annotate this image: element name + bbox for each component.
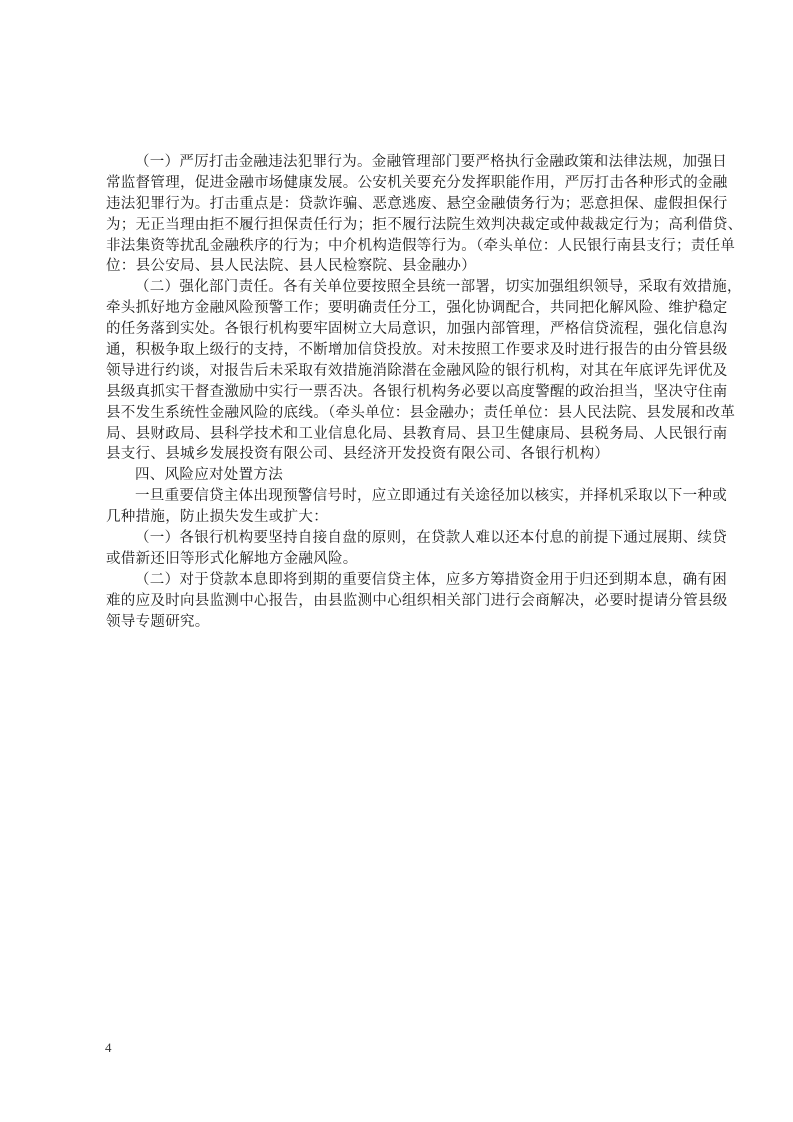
text-line: 为；无正当理由拒不履行担保责任行为；拒不履行法院生效判决裁定或仲裁裁定行为；高利… [106, 215, 696, 236]
text-line: 位：县公安局、县人民法院、县人民检察院、县金融办） [106, 256, 696, 277]
text-line: 难的应及时向县监测中心报告，由县监测中心组织相关部门进行会商解决，必要时提请分管… [106, 591, 696, 612]
text-line: 局、县财政局、县科学技术和工业信息化局、县教育局、县卫生健康局、县税务局、人民银… [106, 424, 696, 445]
text-line: 县不发生系统性金融风险的底线。（牵头单位：县金融办；责任单位：县人民法院、县发展… [106, 403, 696, 424]
text-line: 通，积极争取上级行的支持，不断增加信贷投放。对未按照工作要求及时进行报告的由分管… [106, 340, 696, 361]
text-line: 或借新还旧等形式化解地方金融风险。 [106, 549, 696, 570]
text-line: （一）严厉打击金融违法犯罪行为。金融管理部门要严格执行金融政策和法律法规，加强日 [106, 152, 696, 173]
text-line: 一旦重要信贷主体出现预警信号时，应立即通过有关途径加以核实，并择机采取以下一种或 [106, 486, 696, 507]
text-line: 违法犯罪行为。打击重点是：贷款诈骗、恶意逃废、悬空金融债务行为；恶意担保、虚假担… [106, 194, 696, 215]
text-line: 领导专题研究。 [106, 612, 696, 633]
text-line: （二）强化部门责任。各有关单位要按照全县统一部署，切实加强组织领导，采取有效措施… [106, 277, 696, 298]
text-line: （一）各银行机构要坚持自接自盘的原则，在贷款人难以还本付息的前提下通过展期、续贷 [106, 528, 696, 549]
section-heading: 四、风险应对处置方法 [106, 465, 696, 486]
text-line: 县支行、县城乡发展投资有限公司、县经济开发投资有限公司、各银行机构） [106, 444, 696, 465]
text-line: 的任务落到实处。各银行机构要牢固树立大局意识，加强内部管理，严格信贷流程，强化信… [106, 319, 696, 340]
text-line: 非法集资等扰乱金融秩序的行为；中介机构造假等行为。（牵头单位：人民银行南县支行；… [106, 236, 696, 257]
page-number: 4 [105, 1040, 112, 1056]
text-line: （二）对于贷款本息即将到期的重要信贷主体，应多方筹措资金用于归还到期本息，确有困 [106, 570, 696, 591]
text-line: 常监督管理，促进金融市场健康发展。公安机关要充分发挥职能作用，严厉打击各种形式的… [106, 173, 696, 194]
document-page: （一）严厉打击金融违法犯罪行为。金融管理部门要严格执行金融政策和法律法规，加强日… [0, 0, 793, 1122]
text-line: 县级真抓实干督查激励中实行一票否决。各银行机构务必要以高度警醒的政治担当，坚决守… [106, 382, 696, 403]
text-line: 领导进行约谈，对报告后未采取有效措施消除潜在金融风险的银行机构，对其在年底评先评… [106, 361, 696, 382]
document-body: （一）严厉打击金融违法犯罪行为。金融管理部门要严格执行金融政策和法律法规，加强日… [106, 152, 696, 632]
text-line: 几种措施，防止损失发生或扩大： [106, 507, 696, 528]
text-line: 牵头抓好地方金融风险预警工作；要明确责任分工，强化协调配合，共同把化解风险、维护… [106, 298, 696, 319]
